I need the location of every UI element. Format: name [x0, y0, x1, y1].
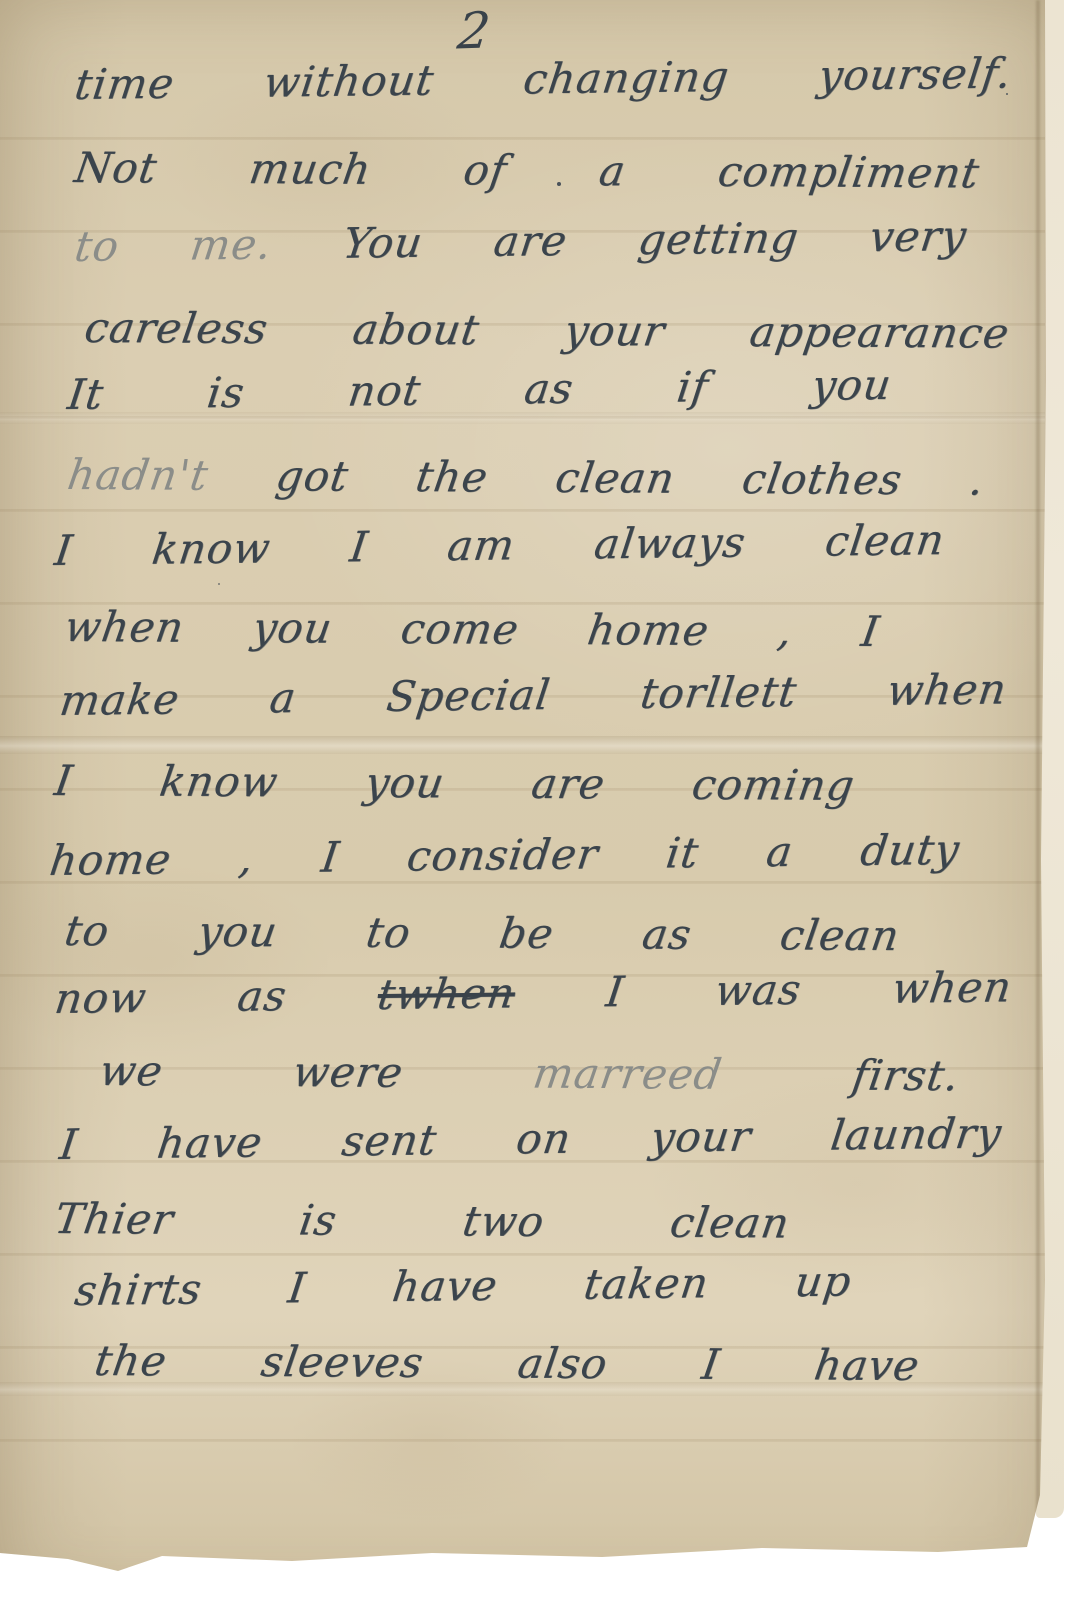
handwritten-line: the sleeves also I have — [92, 1338, 923, 1389]
handwritten-line: to you to be as clean — [62, 908, 903, 959]
line-segment: You are getting very — [340, 211, 970, 268]
line-segment: first. — [849, 1051, 963, 1101]
line-segment: got the clean clothes . — [273, 451, 988, 504]
paper-crease — [0, 736, 1045, 754]
handwritten-line: shirts I have taken up — [72, 1259, 854, 1315]
handwritten-line: Not much of a compliment — [72, 145, 983, 197]
struck-out-word: twhen — [375, 968, 518, 1019]
handwritten-line: Thier is two clean — [52, 1196, 793, 1247]
paper-edge-shadow — [1036, 0, 1040, 1520]
line-segment: I was when — [603, 962, 1014, 1016]
handwritten-line: careless about your appearance — [82, 305, 1013, 357]
handwritten-line: It is not as if you — [65, 362, 894, 418]
faded-words: to me. — [72, 220, 275, 271]
scanned-letter: 2 time without changing yourself. Not mu… — [0, 0, 1071, 1600]
handwritten-line: to me. You are getting very — [72, 213, 969, 270]
line-segment: now as — [52, 971, 290, 1023]
faded-words: marreed — [530, 1049, 726, 1099]
handwritten-line: I know I am always clean — [52, 517, 947, 574]
handwritten-line: we were marreed first. — [97, 1048, 963, 1099]
handwritten-line: hadn't got the clean clothes . — [65, 452, 988, 504]
handwritten-line: I know you are coming — [52, 758, 858, 809]
letter-page: 2 time without changing yourself. Not mu… — [0, 0, 1071, 1600]
handwritten-line: when you come home , I — [62, 604, 883, 655]
page-number: 2 — [455, 1, 493, 60]
line-segment: we were — [96, 1046, 406, 1097]
faded-words: hadn't — [64, 450, 212, 500]
